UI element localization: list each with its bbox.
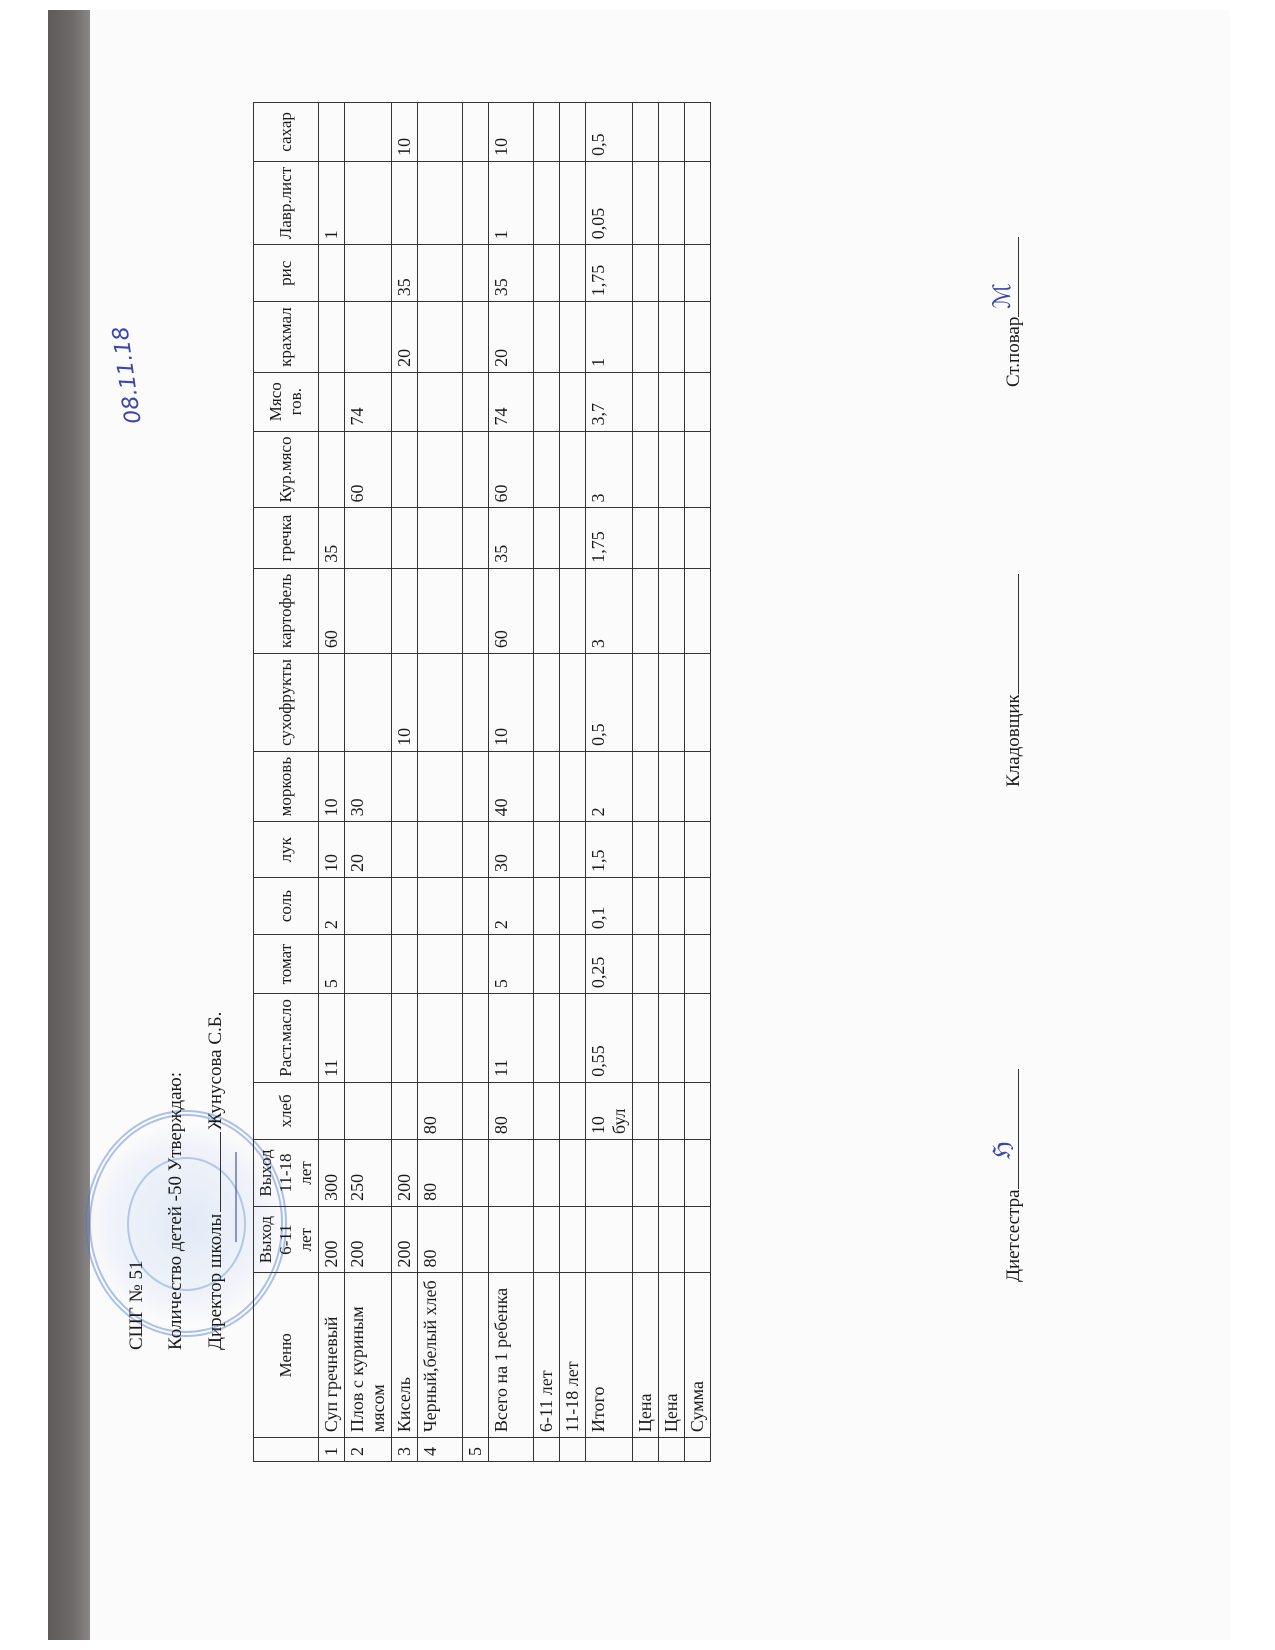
table-cell: [463, 1206, 489, 1273]
table-cell: [659, 1206, 685, 1273]
table-row: 1Суп гречневый2003001152101060351: [319, 103, 345, 1462]
table-cell: [463, 822, 489, 878]
table-cell: 40: [489, 751, 534, 821]
table-cell: [659, 935, 685, 994]
row-number: [633, 1438, 659, 1462]
table-cell: [685, 654, 711, 752]
table-cell: [392, 431, 418, 508]
table-cell: 0,05: [586, 161, 633, 244]
column-header: рис: [254, 245, 319, 302]
table-cell: [418, 935, 463, 994]
table-row: 5: [463, 103, 489, 1462]
dietitian-scrawl: ℌ: [988, 1141, 1016, 1159]
table-cell: 2: [586, 751, 633, 821]
table-cell: [463, 1140, 489, 1207]
table-row: Всего на 1 ребенка8011523040106035607420…: [489, 103, 534, 1462]
column-header: Лавр.лист: [254, 161, 319, 244]
table-cell: [418, 994, 463, 1083]
storekeeper-label: Кладовщик: [1003, 694, 1024, 787]
table-cell: [633, 994, 659, 1083]
table-cell: [633, 878, 659, 935]
column-header: Раст.масло: [254, 994, 319, 1083]
table-cell: [463, 161, 489, 244]
table-cell: [534, 302, 560, 373]
table-cell: [418, 103, 463, 162]
row-number: [560, 1438, 586, 1462]
table-cell: 74: [345, 372, 392, 431]
table-cell: [418, 508, 463, 568]
table-cell: [534, 878, 560, 935]
table-cell: [392, 1082, 418, 1139]
table-cell: [685, 935, 711, 994]
table-cell: [560, 654, 586, 752]
chef-scrawl: ℳ: [988, 283, 1016, 309]
column-header: соль: [254, 878, 319, 935]
table-cell: 60: [489, 568, 534, 653]
table-cell: 3,7: [586, 372, 633, 431]
approve-label: Утверждаю:: [165, 1072, 186, 1171]
table-cell: [345, 994, 392, 1083]
table-cell: 200: [345, 1206, 392, 1273]
table-cell: 11: [319, 994, 345, 1083]
table-cell: [319, 431, 345, 508]
table-cell: [534, 822, 560, 878]
table-cell: [392, 994, 418, 1083]
chef-signature-line: ℳ: [1018, 237, 1019, 317]
table-cell: 1: [319, 161, 345, 244]
table-cell: 3: [586, 568, 633, 653]
table-cell: [418, 245, 463, 302]
table-cell: [560, 994, 586, 1083]
table-cell: [659, 431, 685, 508]
table-row: Цена: [633, 103, 659, 1462]
row-number: 2: [345, 1438, 392, 1462]
table-cell: [392, 822, 418, 878]
table-cell: [345, 654, 392, 752]
table-cell: [633, 302, 659, 373]
table-cell: 1: [586, 302, 633, 373]
table-cell: [463, 935, 489, 994]
table-cell: [560, 878, 586, 935]
table-cell: [685, 431, 711, 508]
table-cell: [685, 822, 711, 878]
table-cell: 200: [392, 1140, 418, 1207]
table-cell: [659, 302, 685, 373]
row-number: [534, 1438, 560, 1462]
table-cell: [633, 508, 659, 568]
table-cell: 0,5: [586, 103, 633, 162]
table-cell: [560, 1140, 586, 1207]
table-cell: [534, 935, 560, 994]
table-cell: [345, 878, 392, 935]
table-cell: 0,1: [586, 878, 633, 935]
column-header: Выход 11-18 лет: [254, 1140, 319, 1207]
table-cell: [633, 1082, 659, 1139]
column-header: морковь: [254, 751, 319, 821]
table-cell: [685, 508, 711, 568]
table-cell: 5: [489, 935, 534, 994]
table-cell: [633, 1140, 659, 1207]
table-cell: [659, 654, 685, 752]
director-name: Жунусова С.Б.: [205, 1012, 226, 1130]
table-cell: 10 бул: [586, 1082, 633, 1139]
table-cell: [418, 751, 463, 821]
director-signature: [195, 1152, 237, 1242]
table-cell: [534, 161, 560, 244]
table-cell: [418, 372, 463, 431]
table-cell: [685, 568, 711, 653]
table-cell: [560, 161, 586, 244]
row-name: Всего на 1 ребенка: [489, 1273, 534, 1438]
dietitian-signature: Диетсестраℌ: [1003, 1069, 1025, 1282]
table-cell: [659, 103, 685, 162]
column-header: гречка: [254, 508, 319, 568]
table-cell: [345, 508, 392, 568]
table-cell: [534, 103, 560, 162]
row-number: [685, 1438, 711, 1462]
table-cell: [463, 245, 489, 302]
table-cell: 80: [418, 1082, 463, 1139]
table-cell: [463, 1082, 489, 1139]
table-cell: [560, 1206, 586, 1273]
table-cell: [659, 508, 685, 568]
table-cell: 20: [345, 822, 392, 878]
table-cell: [659, 994, 685, 1083]
table-cell: 30: [489, 822, 534, 878]
table-cell: [685, 1206, 711, 1273]
table-cell: [560, 568, 586, 653]
table-cell: 80: [489, 1082, 534, 1139]
table-cell: [633, 568, 659, 653]
table-cell: [463, 372, 489, 431]
table-cell: [633, 372, 659, 431]
table-cell: 35: [489, 508, 534, 568]
table-cell: [560, 508, 586, 568]
column-header: лук: [254, 822, 319, 878]
table-cell: [463, 654, 489, 752]
row-name: Плов с куриным мясом: [345, 1273, 392, 1438]
table-cell: [560, 103, 586, 162]
table-cell: [392, 751, 418, 821]
table-cell: [659, 372, 685, 431]
table-cell: [560, 372, 586, 431]
table-cell: [685, 372, 711, 431]
table-cell: [633, 822, 659, 878]
table-cell: [534, 508, 560, 568]
table-cell: [659, 878, 685, 935]
table-cell: [418, 822, 463, 878]
table-cell: 35: [392, 245, 418, 302]
table-cell: [633, 654, 659, 752]
table-cell: [685, 1082, 711, 1139]
table-cell: [319, 103, 345, 162]
table-cell: 80: [418, 1206, 463, 1273]
row-number: [659, 1438, 685, 1462]
table-cell: [586, 1206, 633, 1273]
table-cell: 74: [489, 372, 534, 431]
table-cell: [418, 568, 463, 653]
handwritten-date: 08.11.18: [108, 325, 146, 425]
table-cell: [659, 1140, 685, 1207]
row-name: Цена: [659, 1273, 685, 1438]
table-cell: [633, 1206, 659, 1273]
table-cell: [534, 654, 560, 752]
table-cell: 200: [319, 1206, 345, 1273]
column-header: сахар: [254, 103, 319, 162]
table-cell: [418, 878, 463, 935]
table-cell: [463, 751, 489, 821]
storekeeper-signature-line: [1018, 574, 1019, 694]
table-cell: 10: [319, 822, 345, 878]
children-count: Количество детей -50: [165, 1176, 186, 1350]
table-cell: [319, 302, 345, 373]
table-row: 4Черный,белый хлеб808080: [418, 103, 463, 1462]
table-cell: [586, 1140, 633, 1207]
row-name: Кисель: [392, 1273, 418, 1438]
table-cell: 1: [489, 161, 534, 244]
column-header: Мясо гов.: [254, 372, 319, 431]
table-row: 6-11 лет: [534, 103, 560, 1462]
table-cell: [392, 161, 418, 244]
table-cell: 30: [345, 751, 392, 821]
table-cell: [345, 568, 392, 653]
table-cell: [534, 751, 560, 821]
table-cell: [534, 568, 560, 653]
children-count-line: Количество детей -50 Утверждаю:: [165, 1072, 187, 1350]
row-name: Сумма: [685, 1273, 711, 1438]
table-cell: [345, 1082, 392, 1139]
table-cell: [392, 372, 418, 431]
table-cell: 11: [489, 994, 534, 1083]
row-name: Итого: [586, 1273, 633, 1438]
table-cell: [463, 508, 489, 568]
storekeeper-signature: Кладовщик: [1003, 574, 1025, 787]
table-cell: [463, 994, 489, 1083]
table-cell: 35: [489, 245, 534, 302]
table-cell: 250: [345, 1140, 392, 1207]
table-cell: 60: [489, 431, 534, 508]
table-cell: 2: [319, 878, 345, 935]
row-name: 11-18 лет: [560, 1273, 586, 1438]
table-cell: [659, 751, 685, 821]
table-cell: [534, 1082, 560, 1139]
row-name: 6-11 лет: [534, 1273, 560, 1438]
table-cell: 200: [392, 1206, 418, 1273]
table-row: 2Плов с куриным мясом20025020306074: [345, 103, 392, 1462]
menu-table: МенюВыход 6-11 летВыход 11-18 летхлебРас…: [253, 102, 711, 1462]
table-cell: [463, 878, 489, 935]
table-cell: [560, 751, 586, 821]
column-header: хлеб: [254, 1082, 319, 1139]
table-cell: [685, 994, 711, 1083]
table-cell: [392, 568, 418, 653]
table-cell: [319, 372, 345, 431]
table-cell: [685, 302, 711, 373]
table-cell: 1,75: [586, 245, 633, 302]
table-cell: [489, 1140, 534, 1207]
table-cell: [560, 431, 586, 508]
table-cell: [534, 1206, 560, 1273]
table-cell: [659, 822, 685, 878]
table-cell: 35: [319, 508, 345, 568]
table-cell: 0,5: [586, 654, 633, 752]
table-cell: [659, 245, 685, 302]
table-cell: [418, 302, 463, 373]
school-title: СШГ № 51: [126, 1261, 148, 1350]
table-header-row: МенюВыход 6-11 летВыход 11-18 летхлебРас…: [254, 103, 319, 1462]
table-cell: [418, 654, 463, 752]
table-cell: 60: [345, 431, 392, 508]
table-cell: [345, 935, 392, 994]
table-cell: [319, 1082, 345, 1139]
table-cell: [534, 245, 560, 302]
table-cell: 10: [392, 654, 418, 752]
table-cell: 80: [418, 1140, 463, 1207]
column-header: Выход 6-11 лет: [254, 1206, 319, 1273]
table-cell: [319, 654, 345, 752]
table-row: Итого10 бул0,550,250,11,520,531,7533,711…: [586, 103, 633, 1462]
table-cell: 10: [392, 103, 418, 162]
table-cell: [463, 103, 489, 162]
table-cell: 60: [319, 568, 345, 653]
row-number: 5: [463, 1438, 489, 1462]
table-cell: [345, 103, 392, 162]
document-page: СШГ № 51 Количество детей -50 Утверждаю:…: [73, 102, 1073, 1572]
table-cell: [560, 245, 586, 302]
chef-signature: Ст.поварℳ: [1003, 237, 1025, 387]
table-cell: [560, 1082, 586, 1139]
table-cell: [463, 302, 489, 373]
row-number: 4: [418, 1438, 463, 1462]
table-cell: 0,55: [586, 994, 633, 1083]
table-cell: 20: [392, 302, 418, 373]
table-cell: [560, 935, 586, 994]
table-cell: [685, 751, 711, 821]
table-cell: [685, 245, 711, 302]
table-cell: [560, 822, 586, 878]
table-cell: [392, 878, 418, 935]
row-number: [586, 1438, 633, 1462]
chef-label: Ст.повар: [1003, 317, 1024, 387]
row-name: Суп гречневый: [319, 1273, 345, 1438]
column-header: томат: [254, 935, 319, 994]
table-cell: 20: [489, 302, 534, 373]
row-name: [463, 1273, 489, 1438]
dietitian-label: Диетсестра: [1003, 1189, 1024, 1282]
table-cell: 3: [586, 431, 633, 508]
table-cell: [685, 1140, 711, 1207]
table-cell: [345, 161, 392, 244]
row-number: 1: [319, 1438, 345, 1462]
table-cell: [534, 994, 560, 1083]
table-cell: [633, 935, 659, 994]
row-name: Черный,белый хлеб: [418, 1273, 463, 1438]
table-cell: [345, 245, 392, 302]
table-cell: [633, 431, 659, 508]
column-header: [254, 1438, 319, 1462]
table-cell: [560, 302, 586, 373]
row-number: 3: [392, 1438, 418, 1462]
table-cell: [685, 103, 711, 162]
table-cell: [685, 161, 711, 244]
table-row: Цена: [659, 103, 685, 1462]
table-cell: 10: [489, 103, 534, 162]
table-cell: [659, 1082, 685, 1139]
table-cell: [418, 431, 463, 508]
row-number: [489, 1438, 534, 1462]
table-cell: [392, 935, 418, 994]
table-cell: [392, 508, 418, 568]
table-cell: 1,75: [586, 508, 633, 568]
table-cell: 1,5: [586, 822, 633, 878]
column-header: картофель: [254, 568, 319, 653]
table-cell: [633, 245, 659, 302]
dietitian-signature-line: ℌ: [1018, 1069, 1019, 1189]
table-cell: 300: [319, 1140, 345, 1207]
column-header: Меню: [254, 1273, 319, 1438]
table-cell: [463, 431, 489, 508]
table-row: Сумма: [685, 103, 711, 1462]
table-cell: [633, 161, 659, 244]
table-cell: [418, 161, 463, 244]
row-name: Цена: [633, 1273, 659, 1438]
table-row: 11-18 лет: [560, 103, 586, 1462]
column-header: крахмал: [254, 302, 319, 373]
column-header: Кур.мясо: [254, 431, 319, 508]
table-cell: [463, 568, 489, 653]
column-header: сухофрукты: [254, 654, 319, 752]
table-cell: [489, 1206, 534, 1273]
table-cell: 10: [319, 751, 345, 821]
table-cell: 2: [489, 878, 534, 935]
table-cell: 10: [489, 654, 534, 752]
table-cell: [345, 302, 392, 373]
table-cell: [633, 103, 659, 162]
table-cell: [633, 751, 659, 821]
table-cell: 5: [319, 935, 345, 994]
table-cell: [534, 1140, 560, 1207]
table-cell: [534, 431, 560, 508]
table-cell: [685, 878, 711, 935]
table-cell: [534, 372, 560, 431]
table-cell: [659, 568, 685, 653]
table-cell: 0,25: [586, 935, 633, 994]
table-cell: [319, 245, 345, 302]
table-row: 3Кисель20020010203510: [392, 103, 418, 1462]
table-cell: [659, 161, 685, 244]
